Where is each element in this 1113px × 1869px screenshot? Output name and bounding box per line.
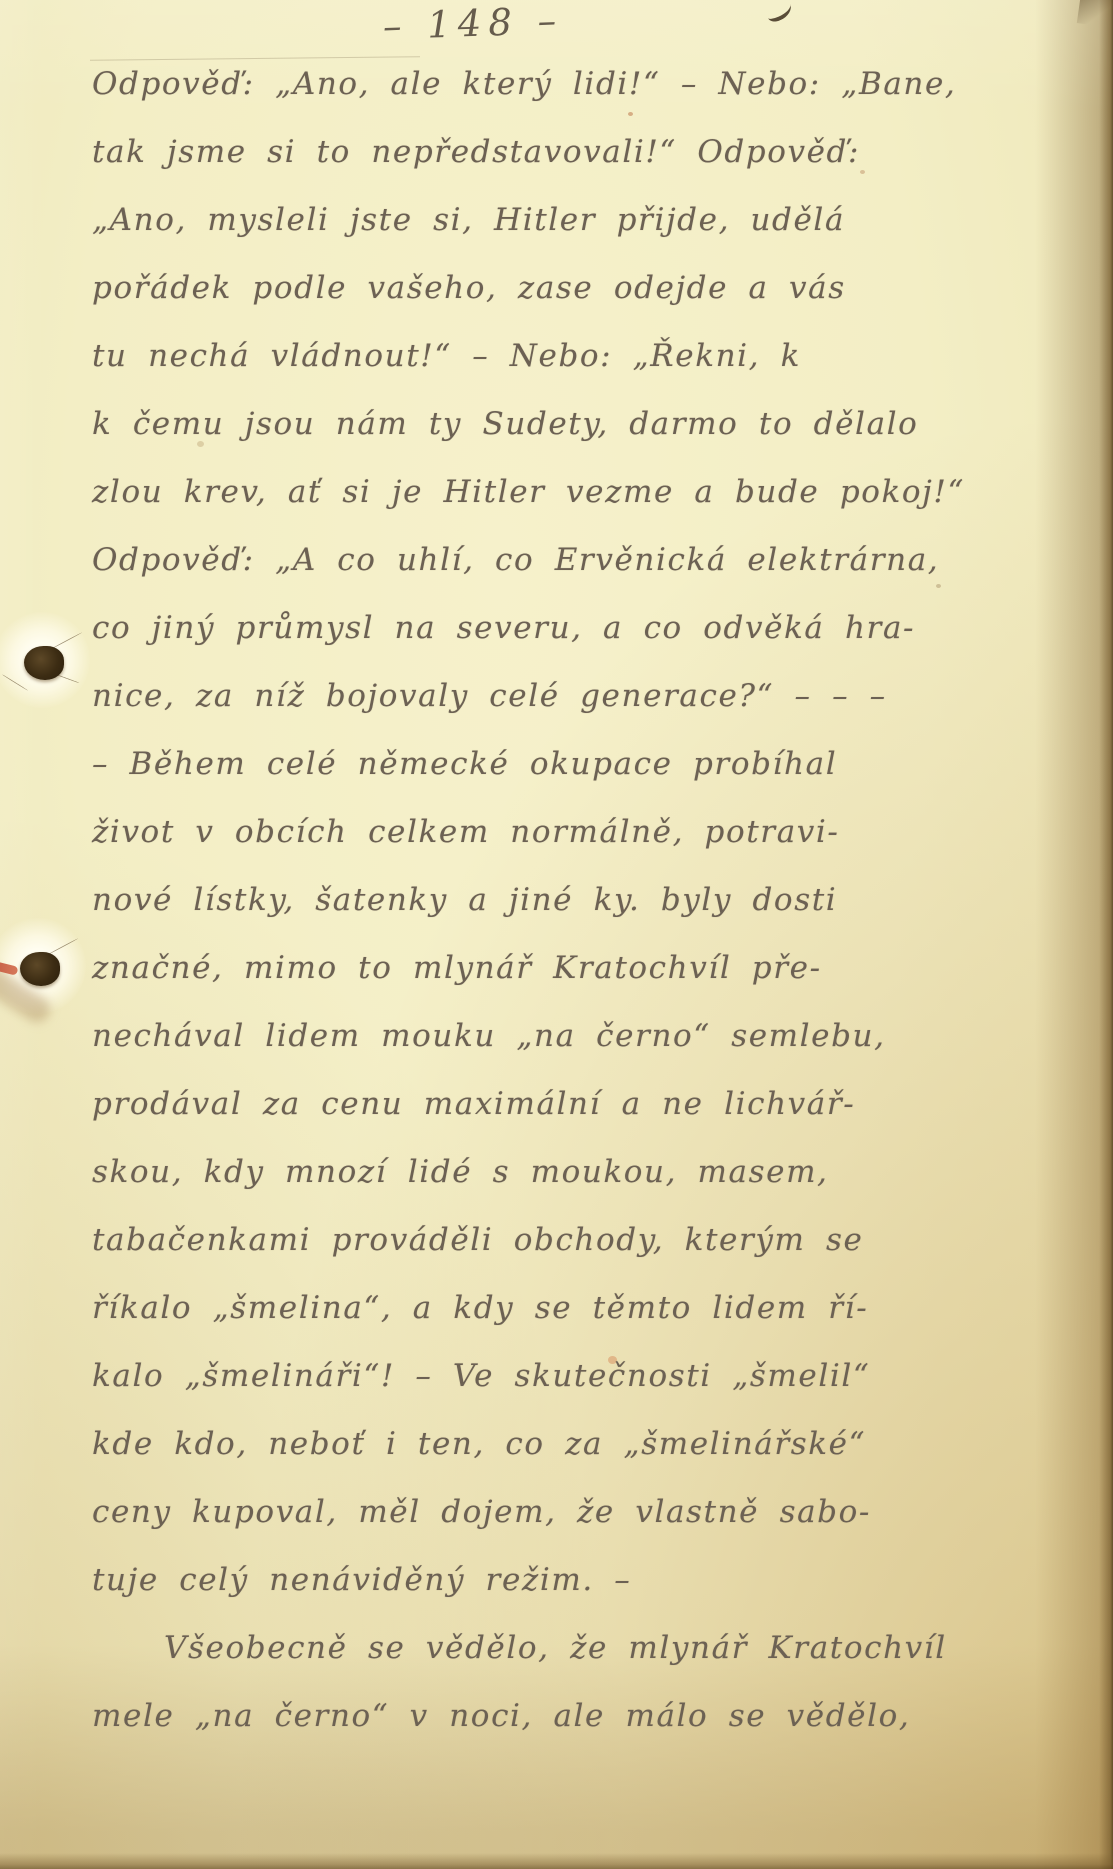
page-edge-right	[1099, 0, 1113, 1869]
manuscript-line: nové lístky, šatenky a jiné ky. byly dos…	[92, 866, 1032, 934]
manuscript-line: k čemu jsou nám ty Sudety, darmo to děla…	[92, 390, 1032, 458]
manuscript-line: ceny kupoval, měl dojem, že vlastně sabo…	[92, 1478, 1032, 1546]
punch-hole-core	[24, 646, 64, 680]
manuscript-line: tak jsme si to nepředstavovali!“ Odpověď…	[92, 118, 1032, 186]
manuscript-line: kalo „šmelináři“! – Ve skutečnosti „šmel…	[92, 1342, 1032, 1410]
manuscript-line: co jiný průmysl na severu, a co odvěká h…	[92, 594, 1032, 662]
manuscript-line: kde kdo, neboť i ten, co za „šmelinářské…	[92, 1410, 1032, 1478]
manuscript-line: tu nechá vládnout!“ – Nebo: „Řekni, k	[92, 322, 1032, 390]
manuscript-line: tabačenkami prováděli obchody, kterým se	[92, 1206, 1032, 1274]
manuscript-line: – Během celé německé okupace probíhal	[92, 730, 1032, 798]
manuscript-line: Odpověď: „Ano, ale který lidi!“ – Nebo: …	[92, 50, 1032, 118]
manuscript-line: mele „na černo“ v noci, ale málo se vědě…	[92, 1682, 1032, 1750]
manuscript-text: Odpověď: „Ano, ale který lidi!“ – Nebo: …	[92, 50, 1032, 1750]
manuscript-line: pořádek podle vašeho, zase odejde a vás	[92, 254, 1032, 322]
page-edge-bottom	[0, 1853, 1113, 1869]
stray-ink-mark	[763, 0, 794, 25]
page-corner-shadow	[1077, 0, 1113, 29]
manuscript-line: tuje celý nenáviděný režim. –	[92, 1546, 1032, 1614]
manuscript-line: život v obcích celkem normálně, potravi-	[92, 798, 1032, 866]
punch-hole-top	[0, 612, 90, 708]
manuscript-line: značné, mimo to mlynář Kratochvíl pře-	[92, 934, 1032, 1002]
manuscript-line: nechával lidem mouku „na černo“ semlebu,	[92, 1002, 1032, 1070]
page-number: – 148 –	[367, 0, 578, 49]
manuscript-line: Všeobecně se vědělo, že mlynář Kratochví…	[92, 1614, 1032, 1682]
manuscript-line: prodával za cenu maximální a ne lichvář-	[92, 1070, 1032, 1138]
manuscript-line: Odpověď: „A co uhlí, co Ervěnická elektr…	[92, 526, 1032, 594]
punch-hole-bottom	[0, 918, 86, 1014]
manuscript-line: zlou krev, ať si je Hitler vezme a bude …	[92, 458, 1032, 526]
manuscript-page: – 148 – Odpověď: „Ano, ale který lidi!“ …	[0, 0, 1113, 1869]
manuscript-line: skou, kdy mnozí lidé s moukou, masem,	[92, 1138, 1032, 1206]
manuscript-line: nice, za níž bojovaly celé generace?“ – …	[92, 662, 1032, 730]
manuscript-line: „Ano, mysleli jste si, Hitler přijde, ud…	[92, 186, 1032, 254]
manuscript-line: říkalo „šmelina“, a kdy se těmto lidem ř…	[92, 1274, 1032, 1342]
punch-hole-core	[20, 952, 60, 986]
